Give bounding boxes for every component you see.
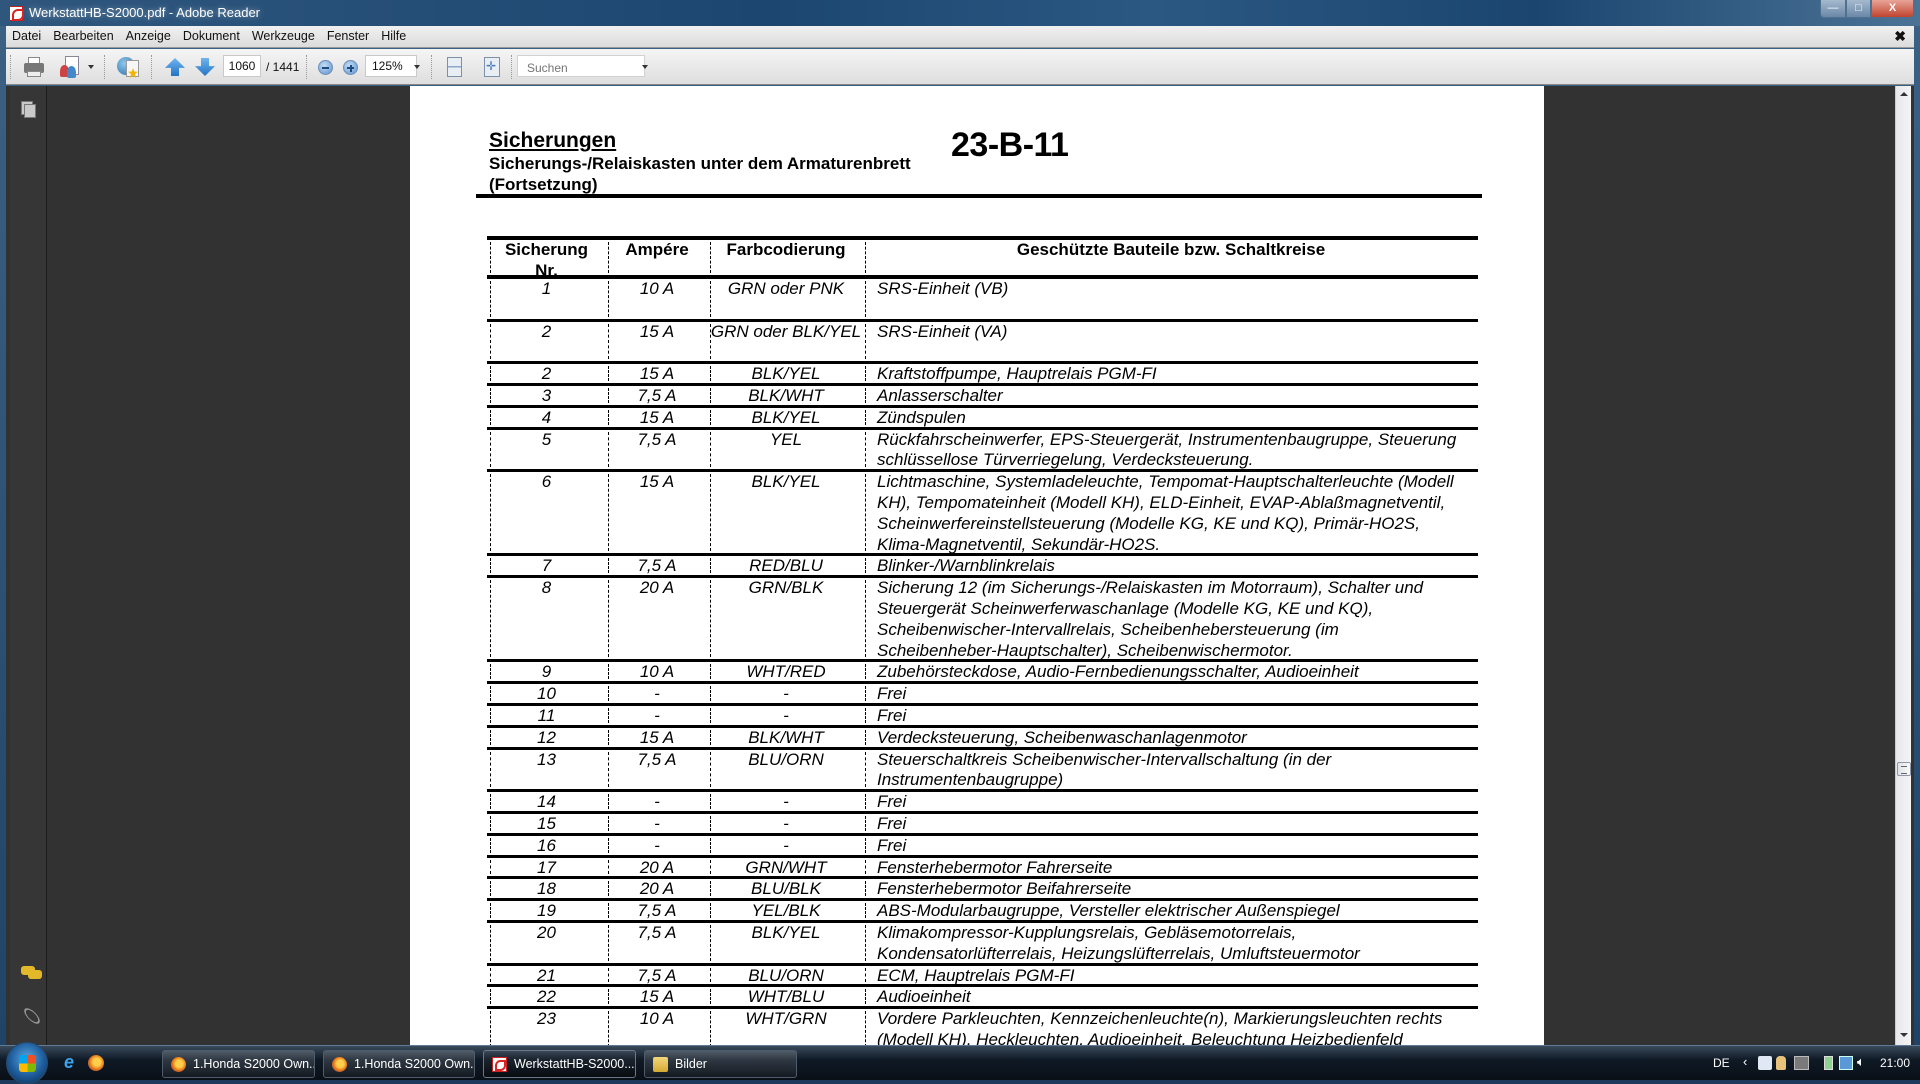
cell-color: - (708, 836, 864, 857)
cell-description: ECM, Hauptrelais PGM-FI (877, 966, 1497, 987)
cell-color: - (708, 814, 864, 835)
cell-description: Frei (877, 792, 1497, 813)
cell-color: BLK/WHT (708, 728, 864, 749)
cell-color: WHT/GRN (708, 1009, 864, 1030)
toolbar-grip[interactable] (151, 55, 154, 79)
cell-ampere: 15 A (606, 728, 708, 749)
table-row: 16--Frei (487, 836, 1478, 858)
cell-nr: 10 (487, 684, 606, 705)
cell-nr: 16 (487, 836, 606, 857)
cell-description: Rückfahrscheinwerfer, EPS-Steuergerät, I… (877, 430, 1497, 472)
cell-description: Blinker-/Warnblinkrelais (877, 556, 1497, 577)
cell-ampere: - (606, 684, 708, 705)
taskbar-item-honda-2[interactable]: 1.Honda S2000 Own... (323, 1050, 475, 1078)
monitor-icon[interactable] (1794, 1056, 1809, 1070)
cell-description: ABS-Modularbaugruppe, Versteller elektri… (877, 901, 1497, 922)
table-row: 197,5 AYEL/BLKABS-Modularbaugruppe, Vers… (487, 901, 1478, 923)
firefox-icon (171, 1057, 186, 1072)
taskbar-item-adobe-reader[interactable]: WerkstattHB-S2000.... (483, 1050, 636, 1078)
cell-ampere: 10 A (606, 1009, 708, 1030)
cell-ampere: 20 A (606, 578, 708, 599)
cell-ampere: 7,5 A (606, 430, 708, 451)
chevron-down-icon[interactable] (414, 65, 420, 69)
table-row: 14--Frei (487, 792, 1478, 814)
cell-description: Frei (877, 836, 1497, 857)
pdf-icon (492, 1057, 507, 1072)
table-row: 11--Frei (487, 706, 1478, 728)
cell-nr: 4 (487, 408, 606, 429)
cell-color: BLK/YEL (708, 923, 864, 944)
cell-color: GRN/WHT (708, 858, 864, 879)
menu-bar: DateiBearbeitenAnzeigeDokumentWerkzeugeF… (6, 26, 1914, 48)
cell-nr: 3 (487, 386, 606, 407)
table-row: 215 AGRN oder BLK/YELSRS-Einheit (VA) (487, 322, 1478, 365)
menu-bearbeiten[interactable]: Bearbeiten (47, 26, 119, 48)
toolbar: 1060 / 1441 125% (6, 49, 1914, 85)
firefox-icon[interactable] (88, 1055, 104, 1071)
cell-description: Frei (877, 814, 1497, 835)
table-header: Sicherung Nr. Ampére Farbcodierung Gesch… (487, 236, 1478, 279)
toolbar-separator (104, 55, 107, 79)
table-row: 10--Frei (487, 684, 1478, 706)
window-title: WerkstattHB-S2000.pdf - Adobe Reader (29, 5, 260, 20)
cell-ampere: 7,5 A (606, 966, 708, 987)
cell-ampere: 7,5 A (606, 750, 708, 771)
cell-description: Klimakompressor-Kupplungsrelais, Gebläse… (877, 923, 1497, 965)
table-body: 110 AGRN oder PNKSRS-Einheit (VB)215 AGR… (487, 279, 1478, 1045)
toolbar-grip[interactable] (306, 55, 309, 79)
cell-color: GRN oder PNK (708, 279, 864, 300)
cell-ampere: 15 A (606, 322, 708, 343)
cell-nr: 23 (487, 1009, 606, 1030)
cell-description: Zündspulen (877, 408, 1497, 429)
language-indicator[interactable]: DE (1713, 1056, 1730, 1070)
cell-nr: 15 (487, 814, 606, 835)
toolbar-grip[interactable] (10, 55, 13, 79)
menu-hilfe[interactable]: Hilfe (375, 26, 412, 48)
cell-nr: 20 (487, 923, 606, 944)
cell-color: BLK/YEL (708, 472, 864, 493)
cell-ampere: 15 A (606, 472, 708, 493)
cell-nr: 2 (487, 364, 606, 385)
network-icon[interactable] (1839, 1056, 1853, 1070)
page-reference: 23-B-11 (951, 126, 1068, 165)
cell-description: Verdecksteuerung, Scheibenwaschanlagenmo… (877, 728, 1497, 749)
cell-color: BLU/ORN (708, 966, 864, 987)
table-row: 137,5 ABLU/ORNSteuerschaltkreis Scheiben… (487, 750, 1478, 793)
table-row: 910 AWHT/REDZubehörsteckdose, Audio-Fern… (487, 662, 1478, 684)
table-row: 820 AGRN/BLKSicherung 12 (im Sicherungs-… (487, 578, 1478, 662)
header-nr: Sicherung Nr. (487, 240, 606, 282)
cell-description: Frei (877, 706, 1497, 727)
menu-datei[interactable]: Datei (6, 26, 47, 48)
cell-nr: 17 (487, 858, 606, 879)
cell-color: - (708, 684, 864, 705)
cell-description: Kraftstoffpumpe, Hauptrelais PGM-FI (877, 364, 1497, 385)
close-button[interactable]: X (1871, 0, 1914, 18)
cell-ampere: 10 A (606, 662, 708, 683)
cell-description: SRS-Einheit (VA) (877, 322, 1497, 343)
task-label: Bilder (675, 1057, 707, 1071)
scroll-up-icon[interactable] (1900, 92, 1908, 96)
zoom-level-select[interactable]: 125% (365, 55, 417, 77)
taskbar-item-honda-1[interactable]: 1.Honda S2000 Own... (162, 1050, 315, 1078)
section-heading: Sicherungen (489, 129, 616, 153)
cell-nr: 9 (487, 662, 606, 683)
cell-color: YEL (708, 430, 864, 451)
zoom-out-icon[interactable] (314, 55, 338, 79)
table-row: 57,5 AYELRückfahrscheinwerfer, EPS-Steue… (487, 430, 1478, 473)
cell-ampere: 7,5 A (606, 923, 708, 944)
task-label: 1.Honda S2000 Own... (354, 1057, 475, 1071)
close-document-icon[interactable]: ✖ (1894, 28, 1906, 45)
table-row: 215 ABLK/YELKraftstoffpumpe, Hauptrelais… (487, 364, 1478, 386)
cell-color: WHT/RED (708, 662, 864, 683)
table-row: 110 AGRN oder PNKSRS-Einheit (VB) (487, 279, 1478, 322)
cell-color: - (708, 706, 864, 727)
cell-color: GRN oder BLK/YEL (708, 322, 864, 343)
table-row: 2215 AWHT/BLUAudioeinheit (487, 987, 1478, 1009)
cell-ampere: 15 A (606, 364, 708, 385)
firefox-icon (332, 1057, 347, 1072)
fit-width-icon[interactable] (479, 55, 503, 79)
show-hidden-icons-icon[interactable]: ‹ (1743, 1054, 1757, 1068)
pdf-page: Sicherungen Sicherungs-/Relaiskasten unt… (410, 86, 1544, 1045)
cell-nr: 5 (487, 430, 606, 451)
pointer-icon[interactable] (1776, 1056, 1786, 1070)
cell-description: Anlasserschalter (877, 386, 1497, 407)
table-row: 77,5 ARED/BLUBlinker-/Warnblinkrelais (487, 556, 1478, 578)
table-row: 2310 AWHT/GRNVordere Parkleuchten, Kennz… (487, 1009, 1478, 1045)
cell-ampere: - (606, 792, 708, 813)
cell-color: BLK/YEL (708, 408, 864, 429)
cell-nr: 13 (487, 750, 606, 771)
volume-icon[interactable]: 🔈︎ (1857, 1054, 1871, 1068)
table-row: 1820 ABLU/BLKFensterhebermotor Beifahrer… (487, 879, 1478, 901)
cell-ampere: 7,5 A (606, 556, 708, 577)
collaborate-icon[interactable] (59, 55, 83, 79)
cell-description: Vordere Parkleuchten, Kennzeichenleuchte… (877, 1009, 1497, 1045)
cell-description: Fensterhebermotor Fahrerseite (877, 858, 1497, 879)
search-input[interactable] (517, 55, 645, 77)
cell-ampere: 20 A (606, 858, 708, 879)
document-viewer: Sicherungen Sicherungs-/Relaiskasten unt… (6, 86, 1914, 1045)
header-ampere: Ampére (606, 240, 708, 261)
task-label: WerkstattHB-S2000.... (514, 1057, 636, 1071)
menu-fenster[interactable]: Fenster (321, 26, 375, 48)
next-page-icon[interactable] (193, 55, 217, 79)
cell-nr: 21 (487, 966, 606, 987)
zoom-in-icon[interactable] (339, 55, 363, 79)
attachment-icon[interactable] (22, 1006, 43, 1027)
pages-icon[interactable] (21, 101, 37, 119)
fuse-table: Sicherung Nr. Ampére Farbcodierung Gesch… (487, 236, 1478, 1045)
cell-color: YEL/BLK (708, 901, 864, 922)
page-number-input[interactable]: 1060 (223, 55, 261, 77)
cell-color: BLK/WHT (708, 386, 864, 407)
cell-nr: 14 (487, 792, 606, 813)
menu-anzeige[interactable]: Anzeige (120, 26, 177, 48)
cell-nr: 7 (487, 556, 606, 577)
navigation-panel (10, 86, 47, 1045)
search-options-chevron-icon[interactable] (642, 65, 648, 69)
menu-werkzeuge[interactable]: Werkzeuge (246, 26, 321, 48)
cell-nr: 22 (487, 987, 606, 1008)
cell-ampere: 15 A (606, 408, 708, 429)
vertical-scrollbar[interactable] (1895, 86, 1911, 1045)
fit-page-icon[interactable] (442, 55, 466, 79)
cell-nr: 18 (487, 879, 606, 900)
toolbar-grip[interactable] (511, 55, 514, 79)
table-row: 415 ABLK/YELZündspulen (487, 408, 1478, 430)
print-icon[interactable] (22, 55, 46, 79)
cell-ampere: 10 A (606, 279, 708, 300)
scroll-thumb[interactable] (1897, 762, 1911, 776)
title-bar[interactable]: WerkstattHB-S2000.pdf - Adobe Reader — □… (0, 0, 1920, 26)
cell-color: WHT/BLU (708, 987, 864, 1008)
task-label: 1.Honda S2000 Own... (193, 1057, 315, 1071)
cell-ampere: 15 A (606, 987, 708, 1008)
cell-nr: 6 (487, 472, 606, 493)
taskbar: e 1.Honda S2000 Own... 1.Honda S2000 Own… (0, 1045, 1920, 1080)
adobe-reader-icon (9, 6, 23, 21)
header-color: Farbcodierung (708, 240, 864, 261)
header-description: Geschützte Bauteile bzw. Schaltkreise (864, 240, 1478, 261)
cell-color: BLU/BLK (708, 879, 864, 900)
menu-dokument[interactable]: Dokument (177, 26, 246, 48)
cell-description: Lichtmaschine, Systemladeleuchte, Tempom… (877, 472, 1497, 555)
previous-page-icon[interactable] (163, 55, 187, 79)
toolbar-grip[interactable] (431, 55, 434, 79)
java-icon[interactable] (1758, 1056, 1772, 1070)
table-row: 1215 ABLK/WHTVerdecksteuerung, Scheibenw… (487, 728, 1478, 750)
minimize-button[interactable]: — (1820, 0, 1846, 18)
cell-description: Fensterhebermotor Beifahrerseite (877, 879, 1497, 900)
application-window: WerkstattHB-S2000.pdf - Adobe Reader — □… (0, 0, 1920, 1045)
power-icon[interactable] (1824, 1056, 1833, 1070)
cell-description: Frei (877, 684, 1497, 705)
cell-description: Zubehörsteckdose, Audio-Fernbedienungssc… (877, 662, 1497, 683)
clock[interactable]: 21:00 (1880, 1056, 1910, 1070)
table-row: 217,5 ABLU/ORNECM, Hauptrelais PGM-FI (487, 966, 1478, 988)
internet-explorer-icon[interactable]: e (64, 1055, 80, 1071)
cell-description: SRS-Einheit (VB) (877, 279, 1497, 300)
cell-nr: 19 (487, 901, 606, 922)
table-row: 615 ABLK/YELLichtmaschine, Systemladeleu… (487, 472, 1478, 556)
table-row: 15--Frei (487, 814, 1478, 836)
table-row: 207,5 ABLK/YELKlimakompressor-Kupplungsr… (487, 923, 1478, 966)
table-row: 1720 AGRN/WHTFensterhebermotor Fahrersei… (487, 858, 1478, 880)
scroll-down-icon[interactable] (1900, 1033, 1908, 1037)
heading-rule (476, 194, 1482, 198)
chevron-down-icon[interactable] (88, 65, 94, 69)
cell-ampere: - (606, 706, 708, 727)
cell-ampere: - (606, 814, 708, 835)
document-area: Sicherungen Sicherungs-/Relaiskasten unt… (48, 86, 1898, 1045)
page-total: / 1441 (266, 60, 299, 74)
start-button[interactable] (6, 1042, 48, 1080)
comments-icon[interactable] (21, 966, 43, 980)
cell-ampere: 7,5 A (606, 386, 708, 407)
cell-nr: 2 (487, 322, 606, 343)
taskbar-item-bilder[interactable]: Bilder (644, 1050, 797, 1078)
folder-icon (653, 1057, 668, 1072)
cell-ampere: 20 A (606, 879, 708, 900)
maximize-button[interactable]: □ (1846, 0, 1871, 18)
table-row: 37,5 ABLK/WHTAnlasserschalter (487, 386, 1478, 408)
cell-color: BLK/YEL (708, 364, 864, 385)
cell-description: Sicherung 12 (im Sicherungs-/Relaiskaste… (877, 578, 1497, 661)
cell-ampere: - (606, 836, 708, 857)
cell-description: Audioeinheit (877, 987, 1497, 1008)
cell-description: Steuerschaltkreis Scheibenwischer-Interv… (877, 750, 1497, 792)
cell-color: BLU/ORN (708, 750, 864, 771)
secure-web-icon[interactable] (116, 55, 140, 79)
cell-nr: 12 (487, 728, 606, 749)
cell-nr: 11 (487, 706, 606, 727)
cell-color: RED/BLU (708, 556, 864, 577)
cell-nr: 1 (487, 279, 606, 300)
cell-nr: 8 (487, 578, 606, 599)
cell-color: GRN/BLK (708, 578, 864, 599)
cell-ampere: 7,5 A (606, 901, 708, 922)
section-subheading: Sicherungs-/Relaiskasten unter dem Armat… (489, 153, 949, 195)
cell-color: - (708, 792, 864, 813)
